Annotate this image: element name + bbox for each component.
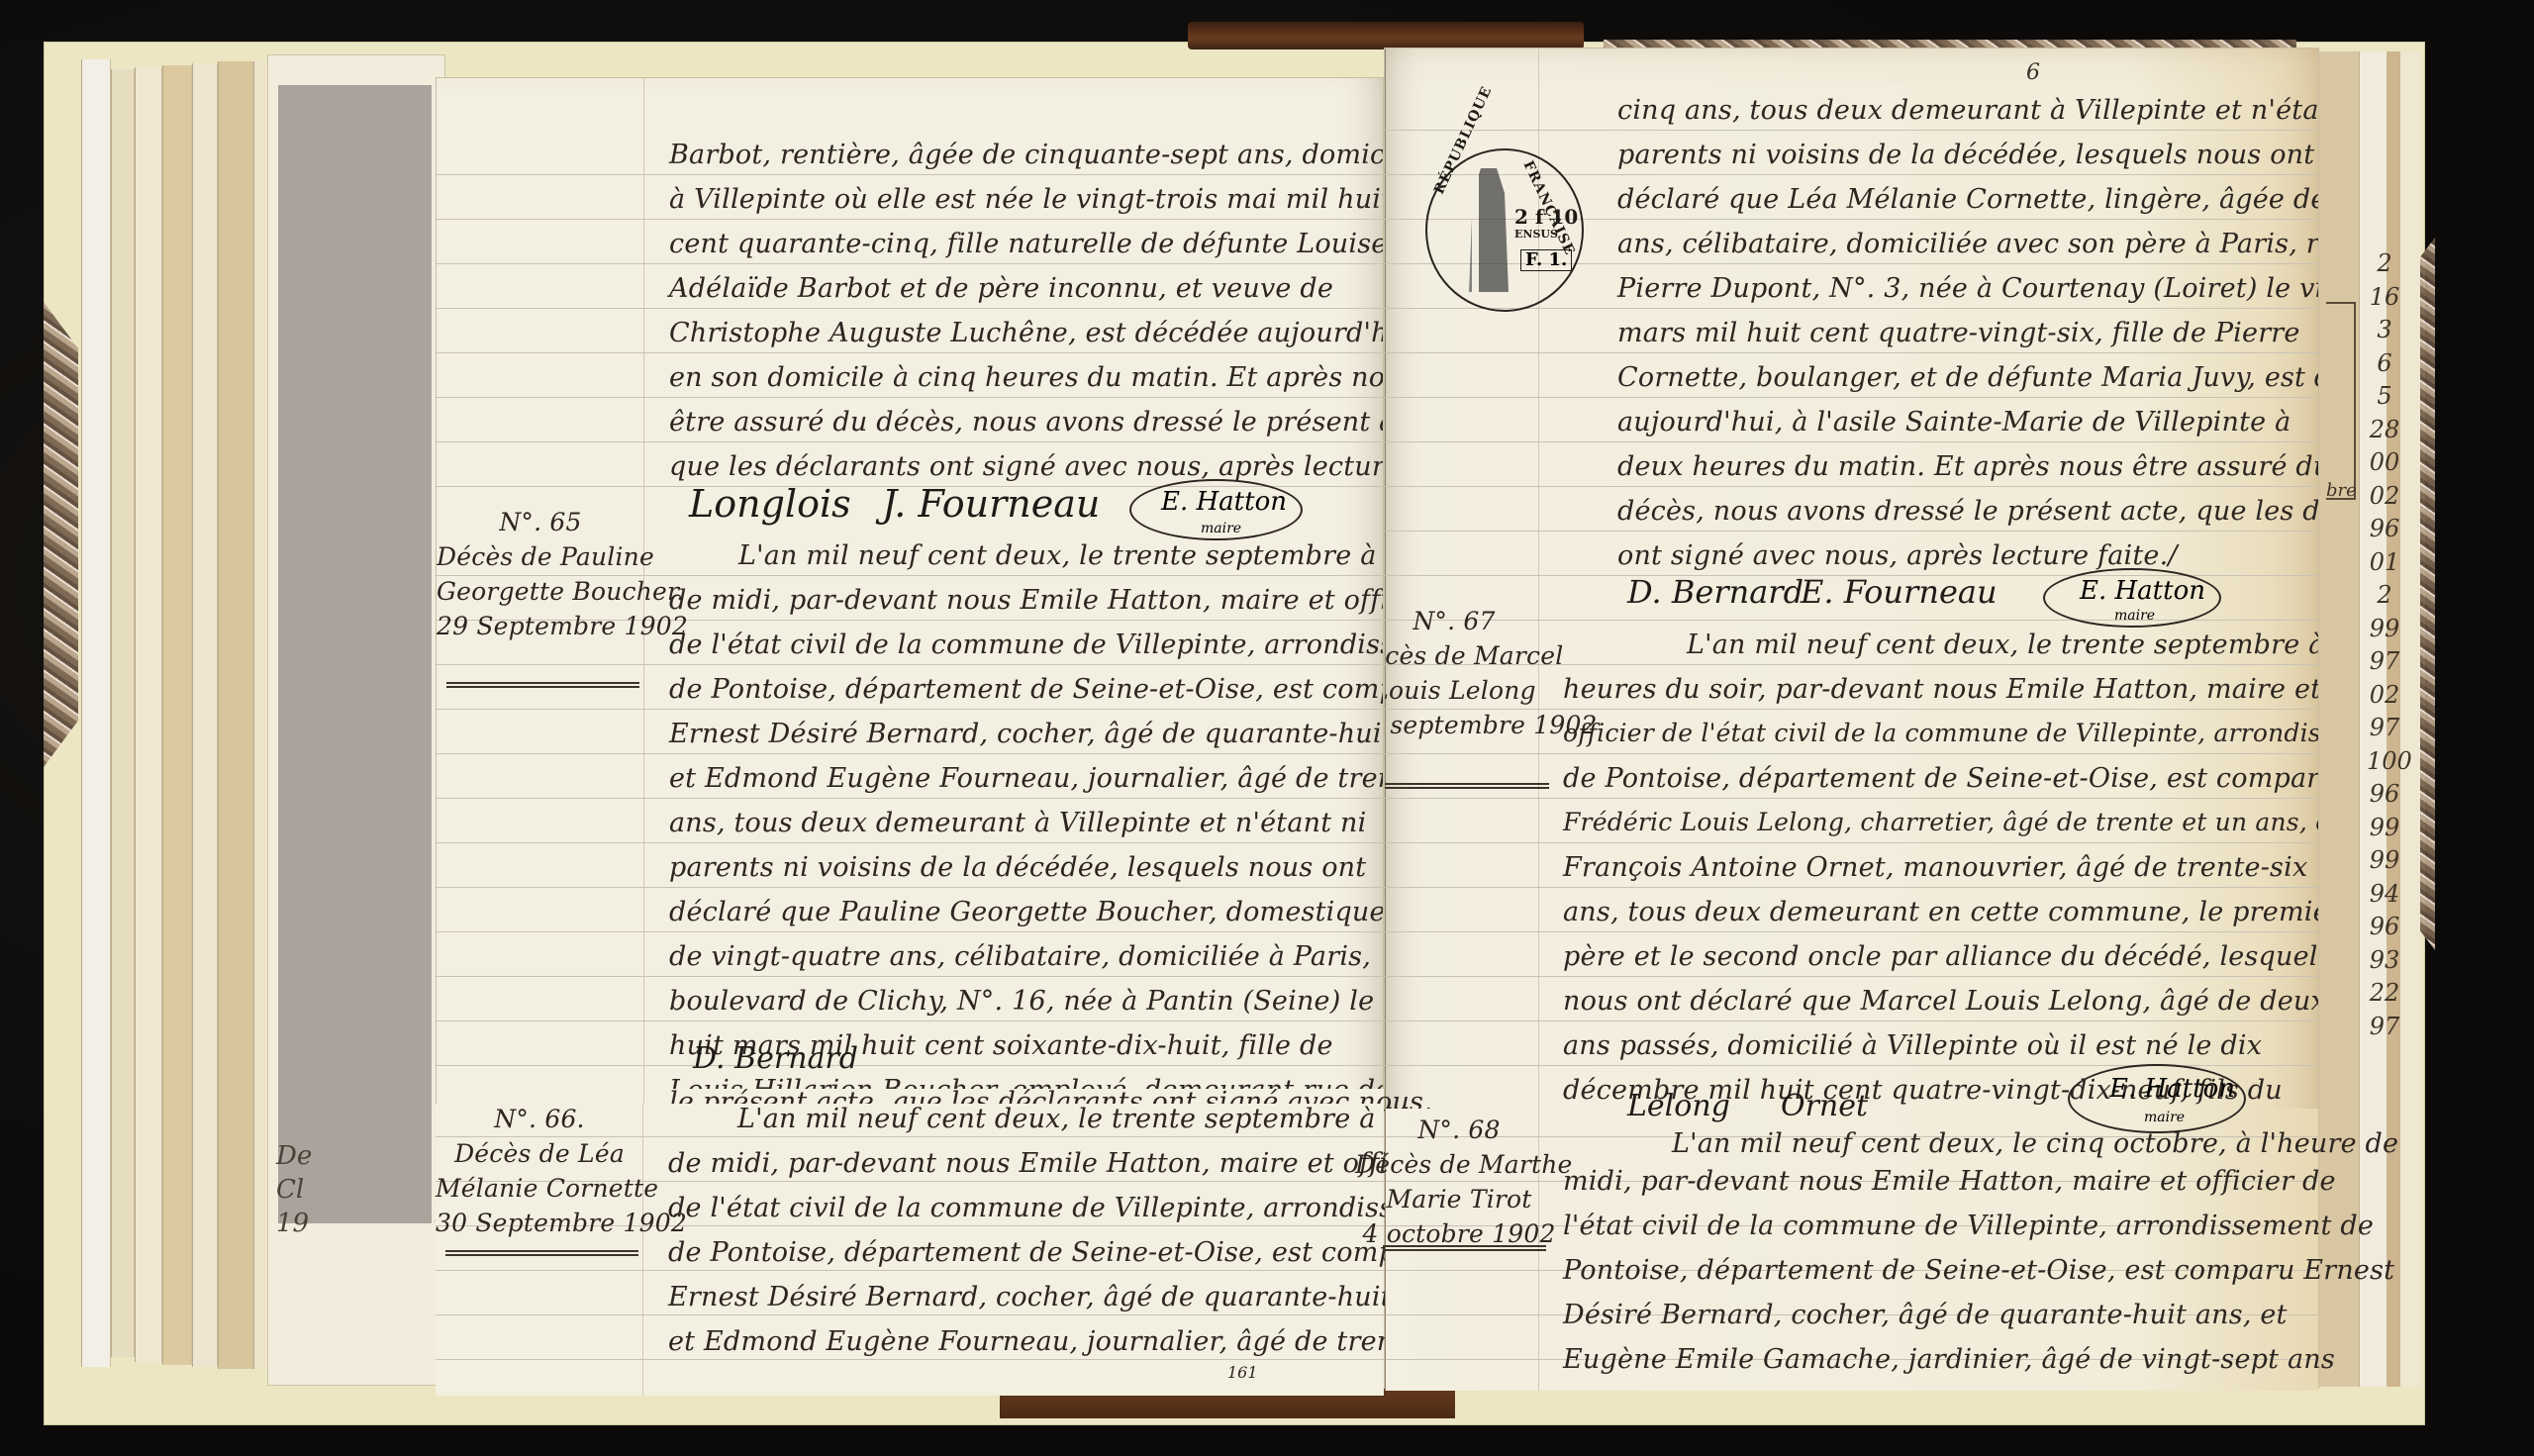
entry-margin-note: N°. 68 Décès de Marthe Marie Tirot 4 oct… (1355, 1107, 1563, 1257)
text-line: déclaré que Pauline Georgette Boucher, d… (669, 897, 1384, 927)
entry-separator (1384, 783, 1549, 789)
book-spine-top (1188, 22, 1584, 49)
register-page-edge (2400, 51, 2420, 1387)
text-line: cinq ans, tous deux demeurant à Villepin… (1617, 95, 2319, 126)
text-line: midi, par-devant nous Emile Hatton, mair… (1563, 1166, 2336, 1197)
entry-margin-note: N°. 66. Décès de Léa Mélanie Cornette 30… (436, 1096, 643, 1246)
text-line: l'état civil de la commune de Villepinte… (1563, 1211, 2374, 1241)
entry-separator (446, 682, 639, 688)
entry-separator (445, 1250, 638, 1256)
text-line: deux heures du matin. Et après nous être… (1617, 451, 2319, 482)
mayor-signature: E. Hatton maire (2043, 568, 2221, 628)
entry-margin-note: N°. 65 Décès de Pauline Georgette Bouche… (437, 499, 644, 649)
folio-mark: 161 (1227, 1363, 1258, 1382)
stacked-page (192, 63, 218, 1367)
text-line: Désiré Bernard, cocher, âgé de quarante-… (1563, 1300, 2288, 1330)
text-line: père et le second oncle par alliance du … (1563, 941, 2319, 972)
text-line: de Pontoise, département de Seine-et-Ois… (669, 674, 1384, 705)
text-line: ans, tous deux demeurant à Villepinte et… (669, 808, 1366, 838)
tab-box (2326, 302, 2356, 500)
text-line: François Antoine Ornet, manouvrier, âgé … (1563, 852, 2307, 883)
text-line: Barbot, rentière, âgée de cinquante-sept… (669, 140, 1384, 170)
text-line: ans passés, domicilié à Villepinte où il… (1563, 1030, 2262, 1061)
entry-margin-note: N°. 67 Décès de Marcel Louis Lelong 30 s… (1384, 598, 1558, 748)
entry-date: 30 Septembre 1902 (436, 1200, 643, 1246)
text-line: déclaré que Léa Mélanie Cornette, lingèr… (1617, 184, 2319, 215)
text-line: parents ni voisins de la décédée, lesque… (1617, 140, 2314, 170)
text-line: Eugène Emile Gamache, jardinier, âgé de … (1563, 1344, 2335, 1375)
entry-date: 30 septembre 1902 (1384, 702, 1558, 748)
page-number: 6 (2026, 60, 2040, 85)
signature: Lelong (1627, 1089, 1730, 1123)
signature: D. Bernard (1627, 573, 1803, 611)
stacked-page (218, 61, 253, 1369)
text-line: et Edmond Eugène Fourneau, journalier, â… (668, 1326, 1430, 1357)
justice-figure-icon (1469, 168, 1509, 292)
text-line: et Edmond Eugène Fourneau, journalier, â… (669, 763, 1384, 794)
text-line: nous ont déclaré que Marcel Louis Lelong… (1563, 986, 2319, 1017)
text-line: Cornette, boulanger, et de défunte Maria… (1617, 362, 2319, 393)
stamp-value: 2 f 10 ENSUS (1514, 208, 1578, 243)
text-line: que les déclarants ont signé avec nous, … (669, 451, 1384, 482)
mayor-signature: E. Hatton maire (1129, 479, 1303, 540)
mayor-signature: E. Hatton maire (2068, 1064, 2246, 1133)
text-line: ont signé avec nous, après lecture faite… (1617, 540, 2178, 571)
text-line: aujourd'hui, à l'asile Sainte-Marie de V… (1617, 407, 2290, 437)
text-line: Ernest Désiré Bernard, cocher, âgé de qu… (669, 719, 1384, 749)
stacked-page (162, 65, 192, 1365)
text-line: Adélaïde Barbot et de père inconnu, et v… (669, 273, 1333, 304)
entry-separator (1383, 1245, 1546, 1251)
stamp-denomination: F. 1. (1520, 249, 1572, 271)
stacked-page (111, 69, 135, 1357)
entry-68: N°. 68 Décès de Marthe Marie Tirot 4 oct… (1385, 1168, 2318, 1391)
marbled-cover-left (44, 302, 78, 767)
text-line: de Pontoise, département de Seine-et-Ois… (1563, 763, 2319, 794)
signature: E. Fourneau (1801, 573, 1998, 611)
tab-box-label: bre (2326, 480, 2357, 501)
text-line: à Villepinte où elle est née le vingt-tr… (669, 184, 1384, 215)
text-line: de vingt-quatre ans, célibataire, domici… (669, 941, 1371, 972)
text-line: L'an mil neuf cent deux, le trente septe… (1687, 630, 2319, 660)
text-line: de l'état civil de la commune de Villepi… (669, 630, 1384, 660)
text-line: boulevard de Clichy, N°. 16, née à Panti… (669, 986, 1384, 1017)
signature: Ornet (1781, 1089, 1868, 1123)
insert-card: De Cl 19 (267, 54, 445, 1386)
text-line: officier de l'état civil de la commune d… (1563, 719, 2319, 747)
card-margin-note: De Cl 19 (276, 1139, 312, 1240)
text-line: de midi, par-devant nous Emile Hatton, m… (669, 585, 1384, 616)
signature: Longlois (689, 482, 851, 526)
stacked-page (81, 59, 111, 1367)
stacked-page (135, 67, 162, 1362)
text-line: huit mars mil huit cent soixante-dix-hui… (669, 1030, 1333, 1061)
text-line: Frédéric Louis Lelong, charretier, âgé d… (1563, 808, 2319, 836)
text-line: décès, nous avons dressé le présent acte… (1617, 496, 2319, 527)
text-line: de midi, par-devant nous Emile Hatton, m… (668, 1148, 1441, 1179)
text-line: cent quarante-cinq, fille naturelle de d… (669, 229, 1384, 259)
republique-francaise-tax-stamp: RÉPUBLIQUE FRANÇAISE 2 f 10 ENSUS F. 1. (1425, 148, 1584, 312)
text-line: Pierre Dupont, N°. 3, née à Courtenay (L… (1617, 273, 2319, 304)
text-line: mars mil huit cent quatre-vingt-six, fil… (1617, 318, 2300, 348)
text-line: de Pontoise, département de Seine-et-Ois… (668, 1237, 1442, 1268)
text-line: Ernest Désiré Bernard, cocher, âgé de qu… (668, 1282, 1456, 1312)
grey-insert-sheet (278, 85, 432, 1223)
text-line: L'an mil neuf cent deux, le trente septe… (738, 540, 1384, 571)
entry-date: 29 Septembre 1902 (437, 603, 644, 649)
text-line: heures du soir, par-devant nous Emile Ha… (1563, 674, 2319, 705)
text-line: ans, tous deux demeurant en cette commun… (1563, 897, 2319, 927)
signature: J. Fourneau (882, 482, 1100, 526)
side-tab-numbers: 216 36 528 0002 9601 299 9702 97100 9699… (2367, 247, 2402, 1043)
text-line: ans, célibataire, domiciliée avec son pè… (1617, 229, 2319, 259)
text-line: Christophe Auguste Luchêne, est décédée … (669, 318, 1384, 348)
text-line: en son domicile à cinq heures du matin. … (669, 362, 1384, 393)
text-line: Pontoise, département de Seine-et-Oise, … (1563, 1255, 2394, 1286)
text-line: parents ni voisins de la décédée, lesque… (669, 852, 1366, 883)
text-line: être assuré du décès, nous avons dressé … (669, 407, 1384, 437)
entry-66-body: N°. 66. Décès de Léa Mélanie Cornette 30… (436, 1104, 1384, 1396)
text-line: L'an mil neuf cent deux, le cinq octobre… (1672, 1128, 2398, 1159)
